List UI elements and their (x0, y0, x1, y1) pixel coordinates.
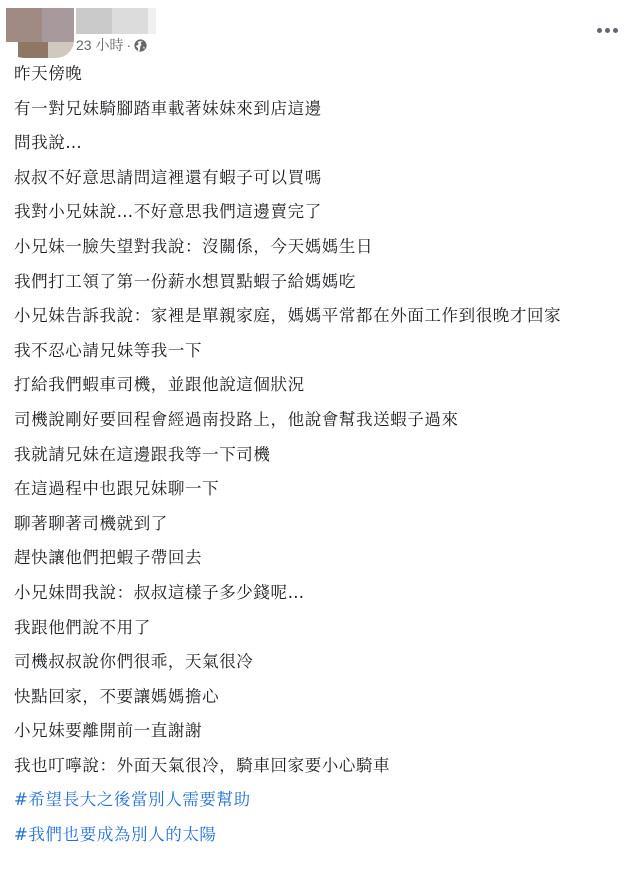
post-line: 打給我們蝦車司機，並跟他說這個狀況 (14, 373, 628, 396)
post-line: 小兄妹告訴我說：家裡是單親家庭，媽媽平常都在外面工作到很晚才回家 (14, 304, 628, 327)
more-options-button[interactable] (592, 20, 622, 40)
post-line: 我也叮嚀說：外面天氣很冷，騎車回家要小心騎車 (14, 754, 628, 777)
hashtag-link[interactable]: #希望長大之後當別人需要幫助 (14, 788, 628, 811)
post-line: 小兄妹一臉失望對我說：沒關係，今天媽媽生日 (14, 235, 628, 258)
post-line: 司機叔叔說你們很乖，天氣很冷 (14, 650, 628, 673)
post-line: 問我說… (14, 131, 628, 154)
post-line: 在這過程中也跟兄妹聊一下 (14, 477, 628, 500)
more-options-icon-dot (613, 28, 618, 33)
post-line: 有一對兄妹騎腳踏車載著妹妹來到店這邊 (14, 97, 628, 120)
post-line: 小兄妹問我說：叔叔這樣子多少錢呢… (14, 581, 628, 604)
avatar[interactable] (6, 8, 74, 58)
post-line: 我不忍心請兄妹等我一下 (14, 339, 628, 362)
post-line: 我跟他們說不用了 (14, 616, 628, 639)
post-line: 我對小兄妹說…不好意思我們這邊賣完了 (14, 200, 628, 223)
author-name[interactable] (76, 8, 156, 34)
post-timestamp[interactable]: 23 小時 (76, 35, 123, 55)
post-line: 昨天傍晚 (14, 62, 628, 85)
more-options-icon-dot (605, 28, 610, 33)
post-line: 我們打工領了第一份薪水想買點蝦子給媽媽吃 (14, 270, 628, 293)
post-body: 昨天傍晚 有一對兄妹騎腳踏車載著妹妹來到店這邊 問我說… 叔叔不好意思請問這裡還… (14, 62, 628, 858)
post-meta: 23 小時 · (76, 35, 147, 55)
post-header: 23 小時 · (0, 0, 640, 60)
hashtag-link[interactable]: #我們也要成為別人的太陽 (14, 823, 628, 846)
post-line: 聊著聊著司機就到了 (14, 512, 628, 535)
more-options-icon (597, 28, 602, 33)
post-line: 叔叔不好意思請問這裡還有蝦子可以買嗎 (14, 166, 628, 189)
meta-separator: · (126, 37, 131, 53)
post-line: 小兄妹要離開前一直謝謝 (14, 719, 628, 742)
post-line: 快點回家，不要讓媽媽擔心 (14, 685, 628, 708)
post-line: 我就請兄妹在這邊跟我等一下司機 (14, 443, 628, 466)
post-line: 司機說剛好要回程會經過南投路上，他說會幫我送蝦子過來 (14, 408, 628, 431)
post-line: 趕快讓他們把蝦子帶回去 (14, 546, 628, 569)
globe-icon (134, 39, 147, 52)
